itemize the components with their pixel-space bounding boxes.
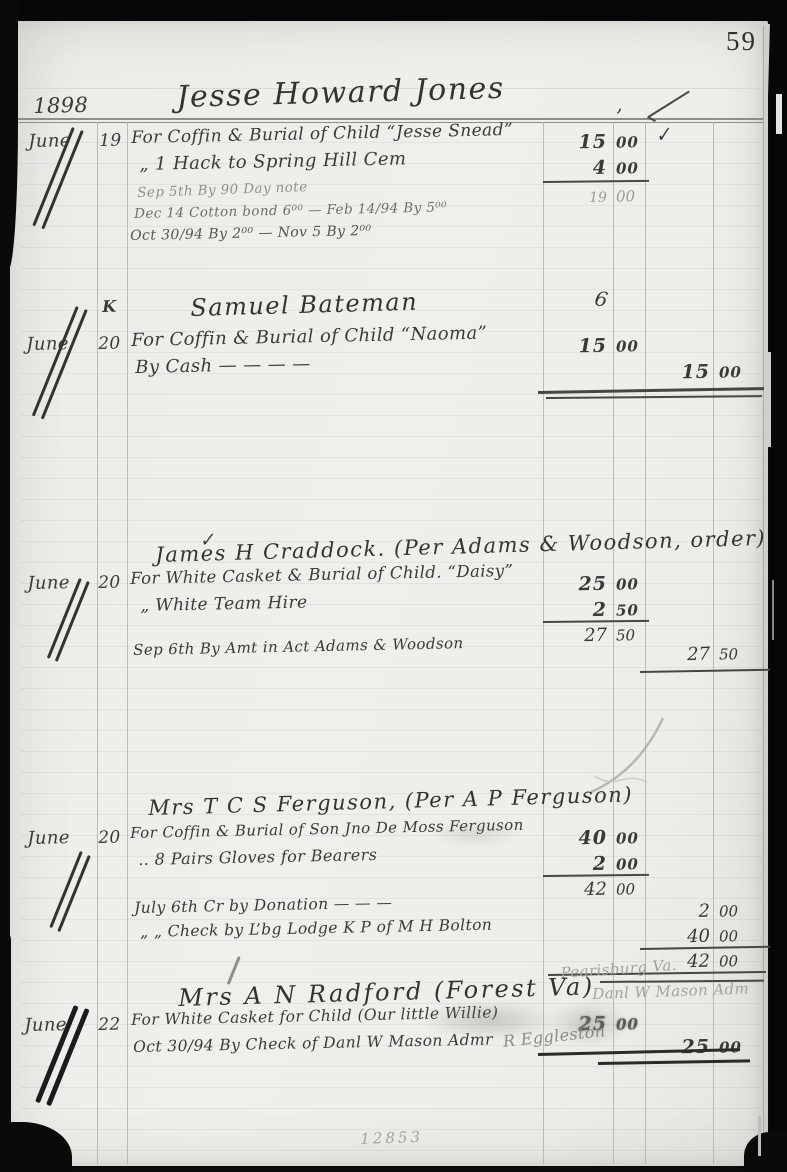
- date-day: 20: [98, 573, 121, 593]
- amount-cents: 00: [719, 902, 738, 920]
- amount-cents: 00: [719, 952, 738, 970]
- debit-amount: 1500: [545, 334, 639, 358]
- entry-line: By Cash — — — —: [135, 353, 311, 378]
- credit-amount: 200: [648, 900, 738, 923]
- amount-dollars: 40: [648, 926, 710, 948]
- page-curl: [758, 1116, 761, 1156]
- amount-cents: 00: [616, 159, 639, 177]
- amount-cents: 00: [616, 337, 639, 355]
- credit-amount: 1500: [648, 360, 742, 384]
- amount-dollars: 25: [648, 1036, 710, 1059]
- ink-smudge: [430, 820, 520, 848]
- page-number: 59: [726, 26, 757, 57]
- amount-dollars: 15: [648, 361, 710, 384]
- amount-cents: 00: [719, 927, 738, 945]
- date-day: 19: [99, 131, 122, 151]
- date-month: June: [27, 827, 70, 849]
- date-day: 20: [98, 828, 121, 848]
- amount-cents: 00: [616, 575, 639, 593]
- subtotal-amount: 2750: [545, 624, 635, 647]
- column-rule-day: [97, 122, 98, 1164]
- bottom-rule: [18, 1163, 764, 1164]
- amount-dollars: 27: [545, 625, 607, 647]
- amount-dollars: 15: [545, 335, 607, 358]
- paid-mark: K: [102, 297, 117, 316]
- entry-line: „ White Team Hire: [140, 592, 308, 616]
- credit-amount: 4000: [648, 925, 738, 948]
- scanned-ledger-page: 59 1898 Jesse Howard Jones , June 19 For…: [0, 0, 787, 1172]
- ink-smudge: [420, 1000, 560, 1040]
- amount-cents: 00: [616, 133, 639, 151]
- page-curl: [776, 94, 782, 134]
- page-curl: [772, 580, 774, 640]
- amount-dollars: 2: [545, 599, 607, 622]
- amount-cents: 00: [616, 829, 639, 847]
- amount-dollars: 40: [545, 827, 607, 850]
- ledger-year: 1898: [33, 93, 89, 118]
- amount-dollars: 15: [545, 131, 607, 154]
- debit-amount: 250: [545, 598, 639, 622]
- page-margin-rule: [763, 26, 764, 1158]
- torn-edge-left: [0, 930, 11, 1140]
- column-rule-description: [127, 122, 128, 1164]
- debit-amount: 400: [545, 156, 639, 180]
- amount-dollars: 19: [545, 190, 607, 207]
- torn-edge-left: [0, 250, 10, 680]
- subtotal-amount: 4200: [545, 878, 635, 901]
- subtotal-amount: 1900: [545, 187, 635, 207]
- amount-dollars: 25: [545, 573, 607, 596]
- amount-cents: 50: [616, 626, 635, 644]
- amount-dollars: 4: [545, 157, 607, 180]
- debit-amount: 200: [545, 852, 639, 876]
- amount-dollars: 42: [545, 879, 607, 901]
- amount-cents: 00: [616, 880, 635, 898]
- amount-cents: 00: [616, 855, 639, 873]
- date-day: 20: [98, 334, 121, 354]
- amount-cents: 50: [616, 601, 639, 619]
- debit-amount: 2500: [545, 572, 639, 596]
- ink-smudge: [548, 1000, 628, 1046]
- column-rule-credit: [645, 122, 646, 1164]
- amount-dollars: 2: [545, 853, 607, 876]
- credit-amount: 2750: [648, 643, 738, 666]
- amount-dollars: 2: [648, 901, 710, 923]
- debit-amount: 4000: [545, 826, 639, 850]
- footer-code: 12853: [360, 1128, 423, 1148]
- amount-cents: 00: [616, 187, 635, 205]
- debit-amount: 1500: [545, 130, 639, 154]
- amount-cents: 00: [719, 363, 742, 381]
- date-month: June: [27, 572, 70, 594]
- amount-dollars: 27: [648, 644, 710, 666]
- date-month: June: [24, 1014, 67, 1036]
- credit-amount: 2500: [648, 1035, 742, 1059]
- torn-edge-left: [0, 660, 7, 950]
- comma-pen-mark: ,: [616, 92, 623, 116]
- amount-cents: 50: [719, 645, 738, 663]
- date-day: 22: [98, 1015, 121, 1035]
- torn-edge-top: [0, 0, 787, 21]
- page-curl: [768, 352, 771, 447]
